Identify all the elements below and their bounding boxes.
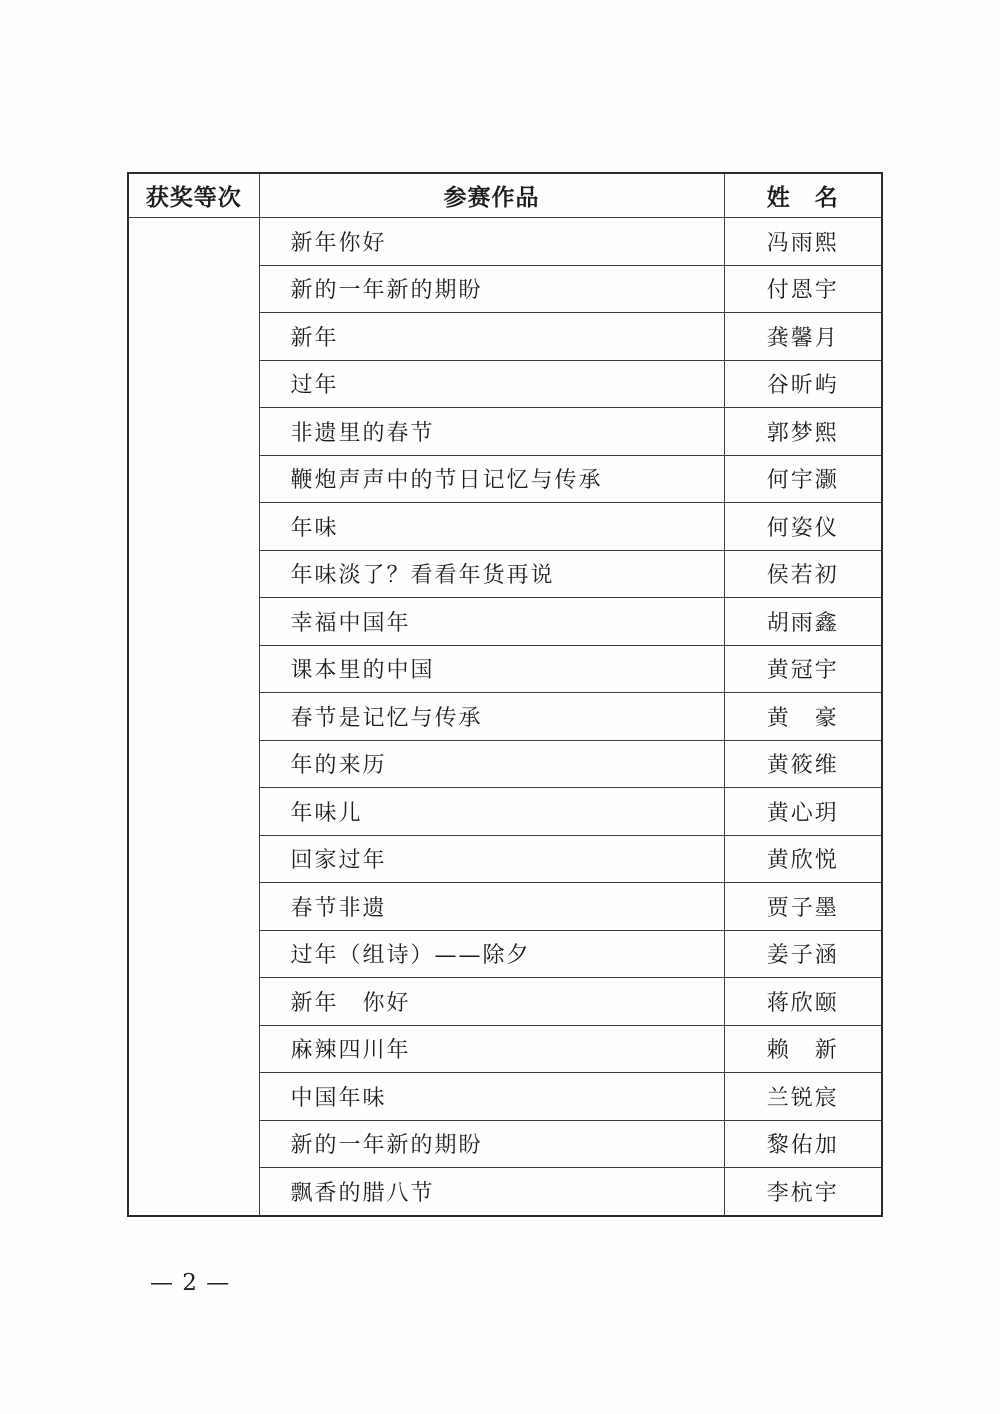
author-name-cell: 姜子涵 [724,930,882,978]
author-name-cell: 胡雨鑫 [724,598,882,646]
table-row: 新年你好冯雨熙 [128,218,882,266]
work-title-cell: 课本里的中国 [259,645,724,693]
author-name-cell: 何宇灏 [724,455,882,503]
header-entry-work: 参赛作品 [259,173,724,218]
author-name-cell: 蒋欣颐 [724,978,882,1026]
author-name-cell: 何姿仪 [724,503,882,551]
author-name-cell: 付恩宇 [724,265,882,313]
author-name-cell: 龚馨月 [724,313,882,361]
header-award-level: 获奖等次 [128,173,259,218]
author-name-cell: 黄欣悦 [724,835,882,883]
author-name-cell: 黄筱维 [724,740,882,788]
work-title-cell: 飘香的腊八节 [259,1168,724,1216]
work-title-cell: 春节非遗 [259,883,724,931]
work-title-cell: 新年 [259,313,724,361]
work-title-cell: 新年你好 [259,218,724,266]
author-name-cell: 贾子墨 [724,883,882,931]
work-title-cell: 幸福中国年 [259,598,724,646]
author-name-cell: 黄 豪 [724,693,882,741]
awards-table: 获奖等次 参赛作品 姓 名 新年你好冯雨熙新的一年新的期盼付恩宇新年龚馨月过年谷… [127,172,883,1217]
document-page: 获奖等次 参赛作品 姓 名 新年你好冯雨熙新的一年新的期盼付恩宇新年龚馨月过年谷… [0,0,1000,1414]
work-title-cell: 新的一年新的期盼 [259,1120,724,1168]
header-author-name: 姓 名 [724,173,882,218]
author-name-cell: 郭梦熙 [724,408,882,456]
work-title-cell: 回家过年 [259,835,724,883]
work-title-cell: 过年（组诗）——除夕 [259,930,724,978]
work-title-cell: 年的来历 [259,740,724,788]
work-title-cell: 年味 [259,503,724,551]
work-title-cell: 中国年味 [259,1073,724,1121]
work-title-cell: 春节是记忆与传承 [259,693,724,741]
author-name-cell: 黄冠宇 [724,645,882,693]
award-level-cell [128,218,259,1216]
author-name-cell: 谷昕屿 [724,360,882,408]
work-title-cell: 过年 [259,360,724,408]
work-title-cell: 年味淡了？看看年货再说 [259,550,724,598]
work-title-cell: 年味儿 [259,788,724,836]
author-name-cell: 侯若初 [724,550,882,598]
author-name-cell: 赖 新 [724,1025,882,1073]
work-title-cell: 鞭炮声声中的节日记忆与传承 [259,455,724,503]
work-title-cell: 非遗里的春节 [259,408,724,456]
table-body: 新年你好冯雨熙新的一年新的期盼付恩宇新年龚馨月过年谷昕屿非遗里的春节郭梦熙鞭炮声… [128,218,882,1216]
work-title-cell: 新年 你好 [259,978,724,1026]
author-name-cell: 李杭宇 [724,1168,882,1216]
author-name-cell: 黎佑加 [724,1120,882,1168]
work-title-cell: 新的一年新的期盼 [259,265,724,313]
author-name-cell: 黄心玥 [724,788,882,836]
author-name-cell: 冯雨熙 [724,218,882,266]
page-number: — 2 — [150,1270,230,1296]
author-name-cell: 兰锐宸 [724,1073,882,1121]
table-header-row: 获奖等次 参赛作品 姓 名 [128,173,882,218]
work-title-cell: 麻辣四川年 [259,1025,724,1073]
